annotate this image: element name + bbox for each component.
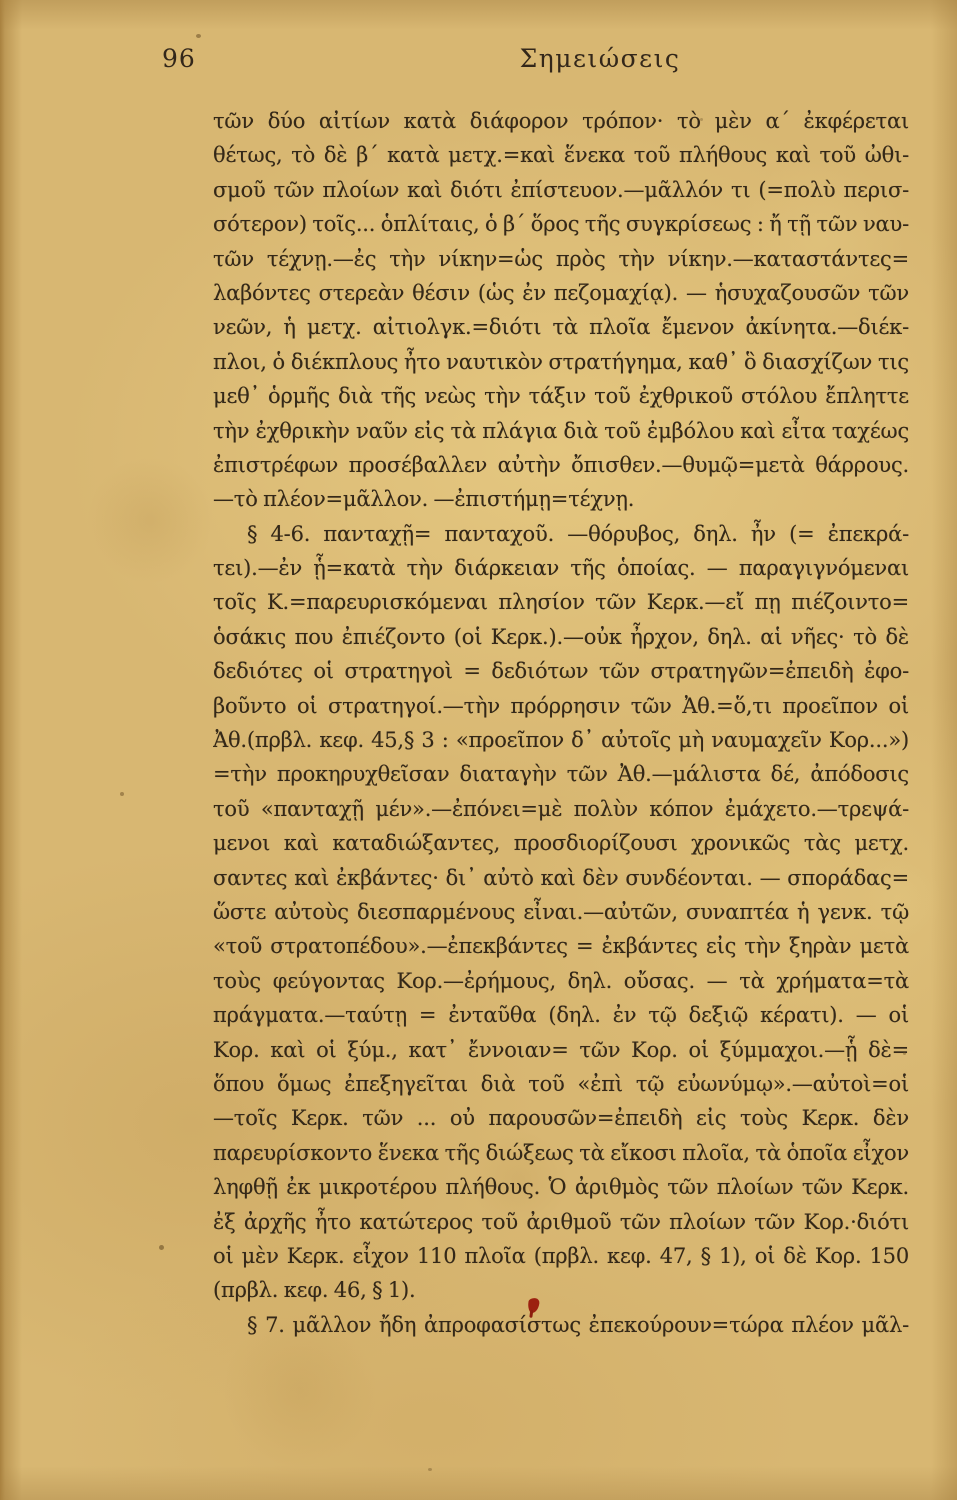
text-line: —τοῖς Κερκ. τῶν ... οὐ παρουσῶν=ἐπειδὴ ε… bbox=[213, 1101, 909, 1135]
text-line: Ἀθ.(πρβλ. κεφ. 45,§ 3 : «προεῖπον δ᾽ αὐτ… bbox=[213, 723, 909, 757]
text-line: οἱ μὲν Κερκ. εἶχον 110 πλοῖα (πρβλ. κεφ.… bbox=[213, 1239, 909, 1273]
text-line: § 7. μᾶλλον ἤδη ἀπροφασίστως ἐπεκούρουν=… bbox=[213, 1308, 909, 1342]
text-line: μενοι καὶ καταδιώξαντες, προσδιορίζουσι … bbox=[213, 826, 909, 860]
text-line: τοῦ «πανταχῇ μέν».—ἐπόνει=μὲ πολὺν κόπον… bbox=[213, 792, 909, 826]
text-line: ὥστε αὐτοὺς διεσπαρμένους εἶναι.—αὐτῶν, … bbox=[213, 895, 909, 929]
page-number: 96 bbox=[162, 44, 196, 73]
text-line: ὁσάκις που ἐπιέζοντο (οἱ Κερκ.).—οὐκ ἦρχ… bbox=[213, 620, 909, 654]
text-line: σότερον) τοῖς... ὁπλίταις, ὁ β΄ ὅρος τῆς… bbox=[213, 207, 909, 241]
text-line: —τὸ πλέον=μᾶλλον. —ἐπιστήμῃ=τέχνῃ. bbox=[213, 482, 909, 516]
text-line: ληφθῇ ἐκ μικροτέρου πλήθους. Ὁ ἀριθμὸς τ… bbox=[213, 1170, 909, 1204]
text-line: ἐξ ἀρχῆς ἦτο κατώτερος τοῦ ἀριθμοῦ τῶν π… bbox=[213, 1205, 909, 1239]
text-line: =τὴν προκηρυχθεῖσαν διαταγὴν τῶν Ἀθ.—μάλ… bbox=[213, 757, 909, 791]
text-line: τῶν δύο αἰτίων κατὰ διάφορον τρόπον· τὸ … bbox=[213, 104, 909, 138]
text-line: τοὺς φεύγοντας Κορ.—ἐρήμους, δηλ. οὔσας.… bbox=[213, 964, 909, 998]
text-line: τει).—ἐν ᾗ=κατὰ τὴν διάρκειαν τῆς ὁποίας… bbox=[213, 551, 909, 585]
text-line: (πρβλ. κεφ. 46, § 1). bbox=[213, 1273, 909, 1307]
text-line: νεῶν, ἡ μετχ. αἰτιολγκ.=διότι τὰ πλοῖα ἔ… bbox=[213, 310, 909, 344]
paper-speck bbox=[159, 1245, 164, 1250]
text-line: ὅπου ὅμως ἐπεξηγεῖται διὰ τοῦ «ἐπὶ τῷ εὐ… bbox=[213, 1067, 909, 1101]
paper-speck bbox=[120, 792, 124, 796]
text-line: ἐπιστρέφων προσέβαλλεν αὐτὴν ὄπισθεν.—θυ… bbox=[213, 448, 909, 482]
text-block: τῶν δύο αἰτίων κατὰ διάφορον τρόπον· τὸ … bbox=[213, 104, 909, 1342]
text-line: λαβόντες στερεὰν θέσιν (ὡς ἐν πεζομαχίᾳ)… bbox=[213, 276, 909, 310]
text-line: § 4-6. πανταχῇ= πανταχοῦ. —θόρυβος, δηλ.… bbox=[213, 517, 909, 551]
text-line: Κορ. καὶ οἱ ξύμ., κατ᾽ ἔννοιαν= τῶν Κορ.… bbox=[213, 1033, 909, 1067]
paper-speck bbox=[196, 34, 201, 38]
text-line: σμοῦ τῶν πλοίων καὶ διότι ἐπίστευον.—μᾶλ… bbox=[213, 173, 909, 207]
text-line: δεδιότες οἱ στρατηγοὶ = δεδιότων τῶν στρ… bbox=[213, 654, 909, 688]
text-line: παρευρίσκοντο ἕνεκα τῆς διώξεως τὰ εἴκοσ… bbox=[213, 1136, 909, 1170]
text-line: πράγματα.—ταύτῃ = ἐνταῦθα (δηλ. ἐν τῷ δε… bbox=[213, 998, 909, 1032]
text-line: σαντες καὶ ἐκβάντες· δι᾽ αὐτὸ καὶ δὲν συ… bbox=[213, 861, 909, 895]
text-line: μεθ᾽ ὁρμῆς διὰ τῆς νεὼς τὴν τάξιν τοῦ ἐχ… bbox=[213, 379, 909, 413]
text-line: βοῦντο οἱ στρατηγοί.—τὴν πρόρρησιν τῶν Ἀ… bbox=[213, 689, 909, 723]
text-line: τὴν ἐχθρικὴν ναῦν εἰς τὰ πλάγια διὰ τοῦ … bbox=[213, 414, 909, 448]
paper-speck bbox=[428, 1468, 432, 1471]
text-line: πλοι, ὁ διέκπλους ἦτο ναυτικὸν στρατήγημ… bbox=[213, 345, 909, 379]
page-title: Σημειώσεις bbox=[213, 44, 909, 73]
text-line: θέτως, τὸ δὲ β΄ κατὰ μετχ.=καὶ ἕνεκα τοῦ… bbox=[213, 138, 909, 172]
text-line: τῶν τέχνῃ.—ἐς τὴν νίκην=ὡς πρὸς τὴν νίκη… bbox=[213, 242, 909, 276]
scanned-book-page: 96 Σημειώσεις τῶν δύο αἰτίων κατὰ διάφορ… bbox=[0, 0, 957, 1500]
text-line: «τοῦ στρατοπέδου».—ἐπεκβάντες = ἐκβάντες… bbox=[213, 929, 909, 963]
text-line: τοῖς Κ.=παρευρισκόμεναι πλησίον τῶν Κερκ… bbox=[213, 585, 909, 619]
